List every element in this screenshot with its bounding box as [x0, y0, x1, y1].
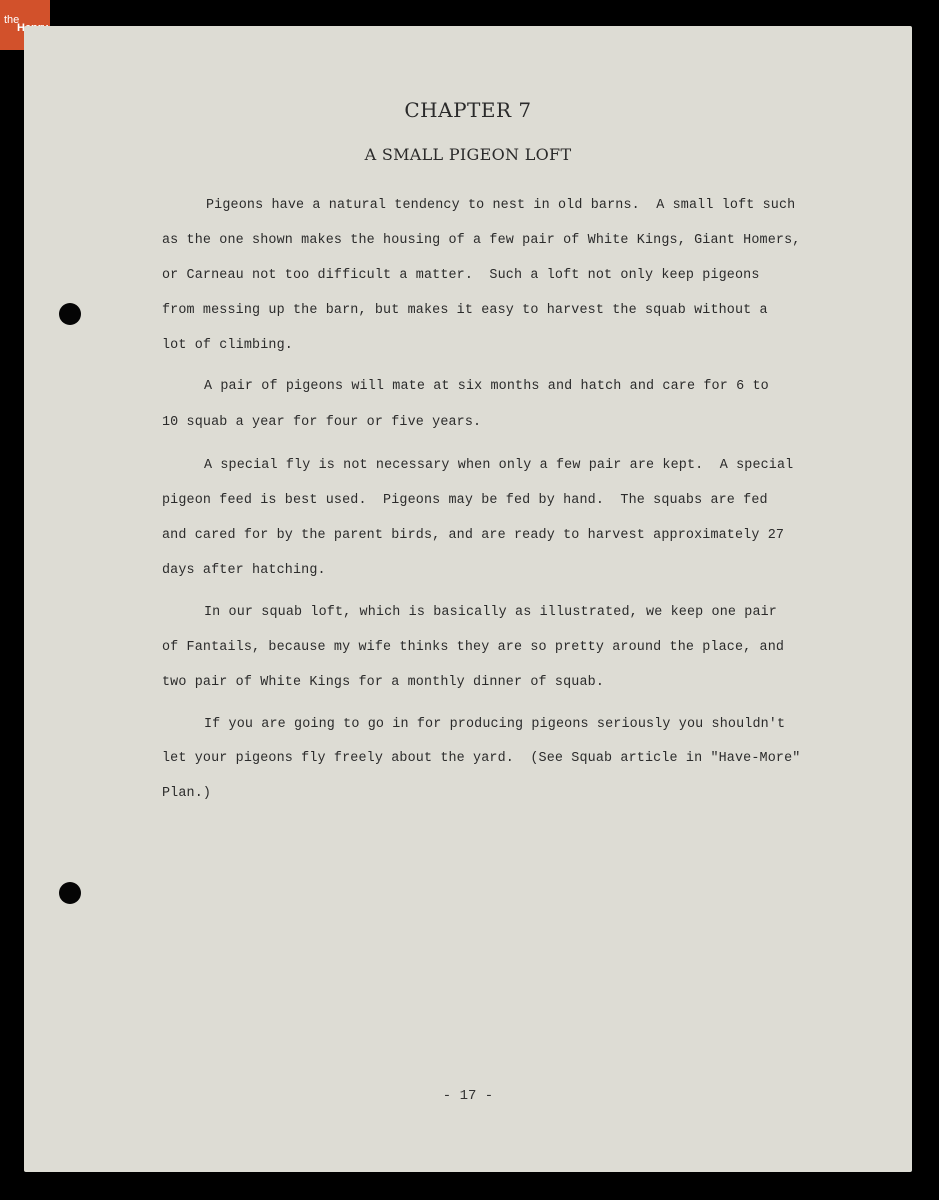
text-line: A pair of pigeons will mate at six month…	[204, 379, 769, 394]
punch-hole-icon	[59, 303, 81, 325]
page-number: - 17 -	[24, 1088, 912, 1104]
text-line: or Carneau not too difficult a matter. S…	[162, 268, 760, 283]
text-line: lot of climbing.	[162, 338, 293, 353]
text-line: Pigeons have a natural tendency to nest …	[206, 198, 795, 213]
text-line: of Fantails, because my wife thinks they…	[162, 640, 784, 655]
text-line: two pair of White Kings for a monthly di…	[162, 675, 604, 690]
punch-hole-icon	[59, 882, 81, 904]
text-line: from messing up the barn, but makes it e…	[162, 303, 768, 318]
text-line: days after hatching.	[162, 563, 326, 578]
text-line: Plan.)	[162, 786, 211, 801]
text-line: pigeon feed is best used. Pigeons may be…	[162, 493, 768, 508]
chapter-heading: CHAPTER 7	[24, 98, 912, 122]
text-line: let your pigeons fly freely about the ya…	[162, 751, 800, 766]
text-line: If you are going to go in for producing …	[204, 717, 785, 732]
text-line: as the one shown makes the housing of a …	[162, 233, 800, 248]
document-page: CHAPTER 7 A SMALL PIGEON LOFT Pigeons ha…	[24, 26, 912, 1172]
text-line: A special fly is not necessary when only…	[204, 458, 793, 473]
chapter-title: A SMALL PIGEON LOFT	[24, 145, 912, 164]
text-line: In our squab loft, which is basically as…	[204, 605, 777, 620]
text-line: and cared for by the parent birds, and a…	[162, 528, 784, 543]
text-line: 10 squab a year for four or five years.	[162, 415, 481, 430]
